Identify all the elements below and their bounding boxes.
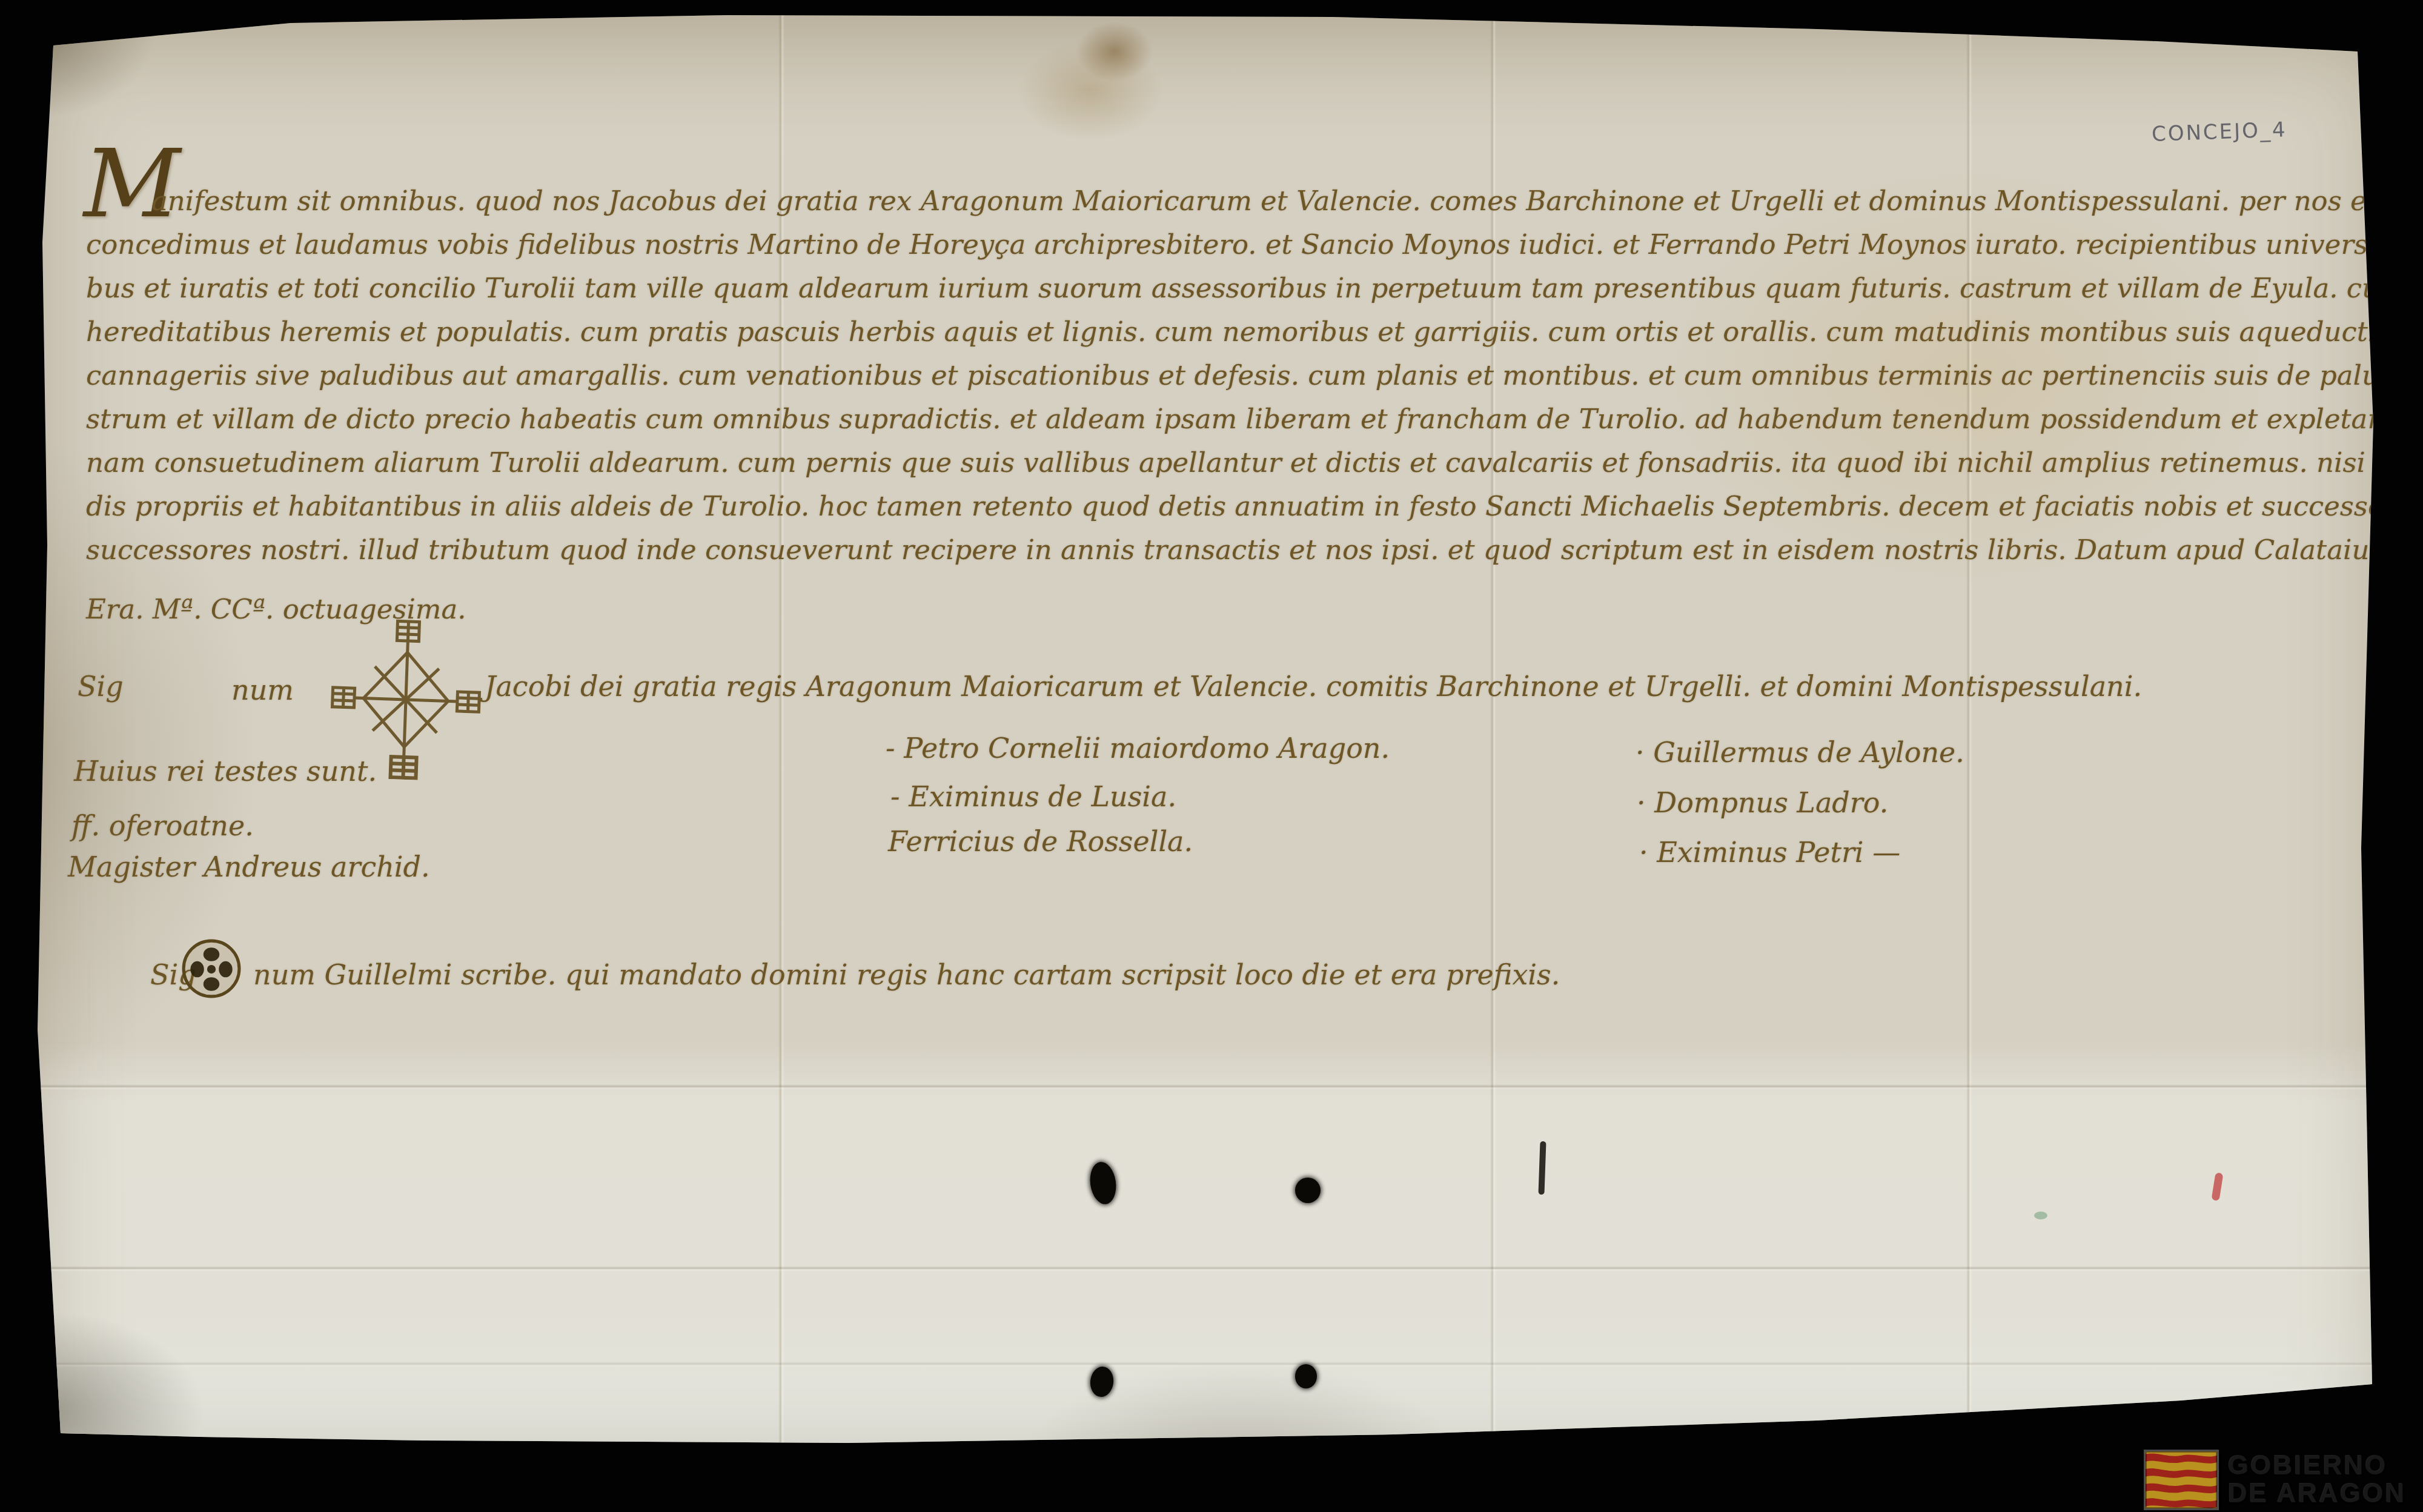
slit-mark — [1538, 1141, 1546, 1195]
witness-name: - Eximinus de Lusia. — [890, 780, 1176, 813]
logo-line2: DE ARAGON — [2228, 1480, 2406, 1508]
red-ink-mark — [2211, 1172, 2223, 1201]
charter-text-line: anifestum sit omnibus. quod nos Jacobus … — [86, 179, 2056, 223]
charter-text-line: cannageriis sive paludibus aut amargalli… — [86, 354, 2056, 397]
royal-sig-suffix: num — [231, 674, 294, 706]
charter-text-line: bus et iuratis et toti concilio Turolii … — [86, 267, 2056, 310]
charter-text-line: dis propriis et habitantibus in aliis al… — [86, 485, 2056, 528]
horizontal-fold-crease — [0, 1266, 2423, 1272]
parchment-sheet: M anifestum sit omnibus. quod nos Jacobu… — [0, 0, 2423, 1512]
witness-name: Magister Andreus archid. — [68, 850, 430, 883]
horizontal-fold-crease — [0, 1084, 2423, 1090]
royal-sig-prefix: Sig — [78, 670, 124, 703]
witness-heading: Huius rei testes sunt. — [74, 755, 377, 787]
witness-name: · Dompnus Ladro. — [1637, 786, 1888, 819]
photograph-of-medieval-charter: M anifestum sit omnibus. quod nos Jacobu… — [0, 0, 2423, 1512]
witness-name: ff. oferoatne. — [71, 809, 254, 842]
scribe-signum-icon — [181, 938, 242, 1000]
hole-mark — [1087, 1160, 1118, 1205]
witness-name: · Eximinus Petri — — [1639, 836, 1900, 869]
gobierno-de-aragon-logo: GOBIERNO DE ARAGON — [2146, 1451, 2406, 1508]
horizontal-fold-crease — [0, 1362, 2423, 1367]
witness-name: Ferricius de Rossella. — [888, 825, 1193, 858]
hole-mark — [1089, 1365, 1115, 1398]
logo-line1: GOBIERNO — [2228, 1452, 2406, 1480]
scribe-subscription: num Guillelmi scribe. qui mandato domini… — [253, 958, 1419, 991]
charter-text-line: successores nostri. illud tributum quod … — [86, 528, 2056, 572]
witness-name: · Guillermus de Aylone. — [1636, 736, 1964, 769]
royal-signum-title: Jacobi dei gratia regis Aragonum Maioric… — [485, 670, 1599, 703]
witness-name: - Petro Cornelii maiordomo Aragon. — [886, 732, 1390, 764]
charter-text-line: hereditatibus heremis et populatis. cum … — [86, 310, 2056, 354]
charter-body-text: anifestum sit omnibus. quod nos Jacobus … — [86, 179, 2056, 631]
green-mark — [2034, 1212, 2047, 1219]
hole-mark — [1295, 1178, 1321, 1203]
charter-text-line: nam consuetudinem aliarum Turolii aldear… — [86, 441, 2056, 485]
hole-mark — [1295, 1364, 1317, 1388]
charter-text-line: strum et villam de dicto precio habeatis… — [86, 397, 2056, 441]
aragon-flag-icon — [2146, 1451, 2217, 1508]
archive-label: CONCEJO_4 — [2151, 118, 2287, 147]
logo-text: GOBIERNO DE ARAGON — [2228, 1452, 2406, 1508]
charter-text-line: concedimus et laudamus vobis fidelibus n… — [86, 223, 2056, 267]
